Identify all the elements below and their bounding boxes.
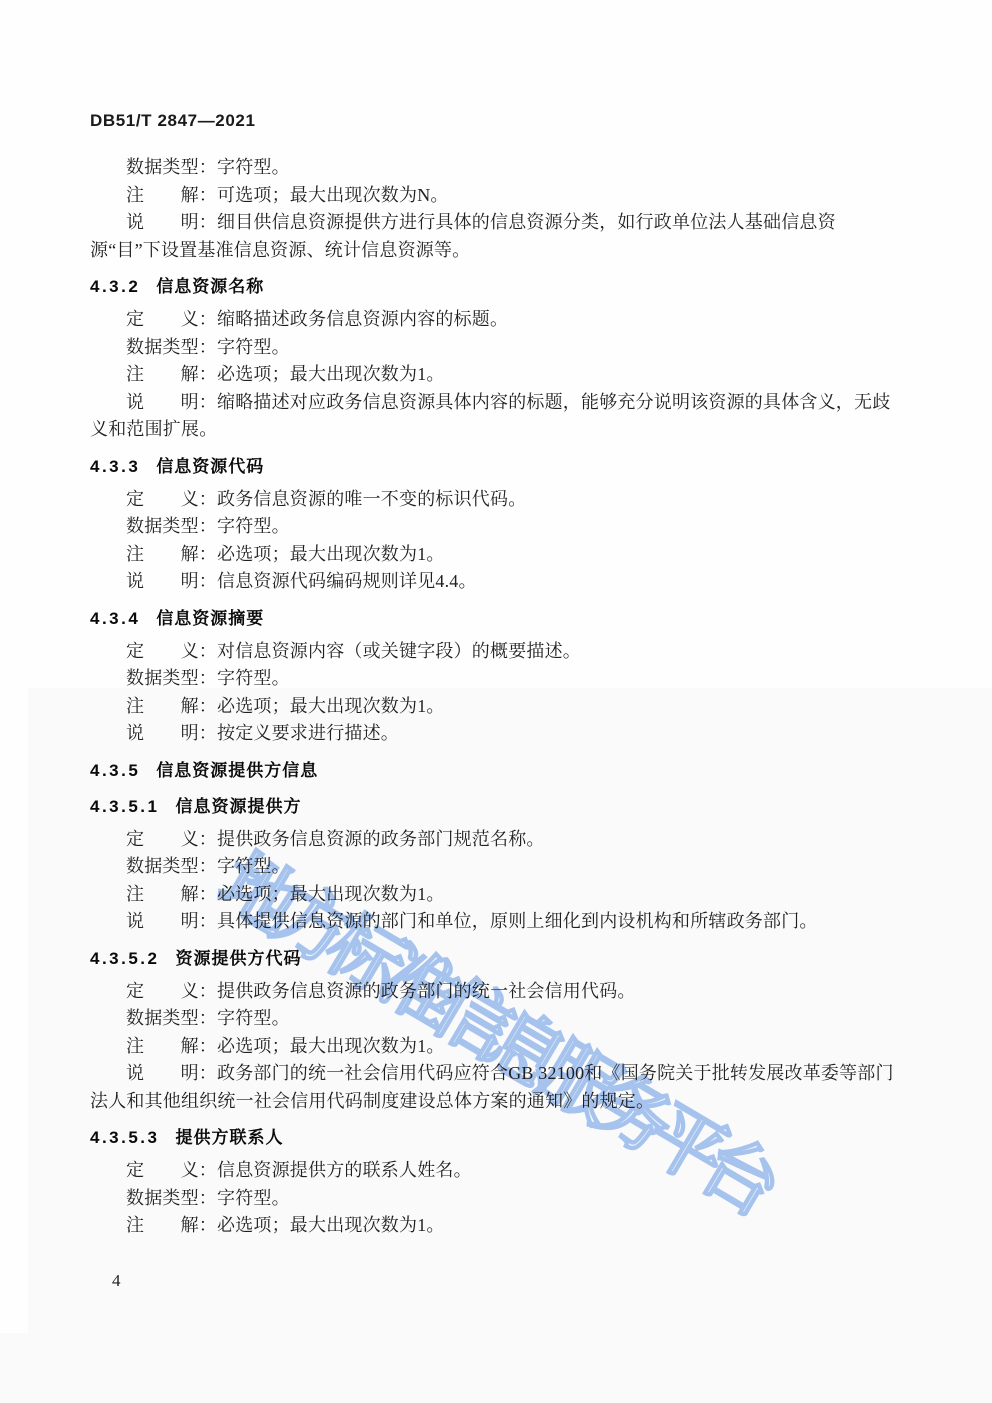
- description-line: 说 明：信息资源代码编码规则详见4.4。: [90, 568, 898, 596]
- document-code: DB51/T 2847—2021: [90, 110, 898, 132]
- data-type-line: 数据类型：字符型。: [90, 665, 898, 693]
- description-line: 说 明：缩略描述对应政务信息资源具体内容的标题，能够充分说明该资源的具体含义，无…: [90, 389, 898, 444]
- page-number: 4: [112, 1270, 898, 1292]
- section-4-3-2: 4.3.2信息资源名称 定 义：缩略描述政务信息资源内容的标题。 数据类型：字符…: [90, 273, 898, 444]
- note-line: 注 解：必选项；最大出现次数为1。: [90, 1212, 898, 1240]
- note-line: 注 解：必选项；最大出现次数为1。: [90, 693, 898, 721]
- section-4-3-3: 4.3.3信息资源代码 定 义：政务信息资源的唯一不变的标识代码。 数据类型：字…: [90, 453, 898, 596]
- section-heading: 4.3.3信息资源代码: [90, 453, 898, 480]
- section-title: 提供方联系人: [176, 1128, 284, 1147]
- note-line: 注 解：必选项；最大出现次数为1。: [90, 541, 898, 569]
- section-heading: 4.3.5.3提供方联系人: [90, 1124, 898, 1151]
- definition-line: 定 义：提供政务信息资源的政务部门的统一社会信用代码。: [90, 978, 898, 1006]
- data-type-line: 数据类型：字符型。: [90, 1005, 898, 1033]
- section-4-3-5-3: 4.3.5.3提供方联系人 定 义：信息资源提供方的联系人姓名。 数据类型：字符…: [90, 1124, 898, 1240]
- section-continued: 数据类型：字符型。 注 解：可选项；最大出现次数为N。 说 明：细目供信息资源提…: [90, 154, 898, 264]
- section-title: 信息资源提供方信息: [156, 761, 318, 780]
- section-title: 信息资源名称: [156, 277, 264, 296]
- section-number: 4.3.5.2: [90, 949, 160, 968]
- description-line: 说 明：政务部门的统一社会信用代码应符合GB 32100和《国务院关于批转发展改…: [90, 1060, 898, 1115]
- section-number: 4.3.5.1: [90, 797, 160, 816]
- note-line: 注 解：必选项；最大出现次数为1。: [90, 361, 898, 389]
- data-type-line: 数据类型：字符型。: [90, 334, 898, 362]
- data-type-line: 数据类型：字符型。: [90, 853, 898, 881]
- section-heading: 4.3.5.2资源提供方代码: [90, 945, 898, 972]
- section-number: 4.3.3: [90, 457, 140, 476]
- section-4-3-5: 4.3.5信息资源提供方信息: [90, 757, 898, 784]
- section-title: 资源提供方代码: [176, 949, 302, 968]
- section-title: 信息资源代码: [156, 457, 264, 476]
- section-4-3-5-2: 4.3.5.2资源提供方代码 定 义：提供政务信息资源的政务部门的统一社会信用代…: [90, 945, 898, 1116]
- section-title: 信息资源摘要: [156, 609, 264, 628]
- section-title: 信息资源提供方: [176, 797, 302, 816]
- data-type-line: 数据类型：字符型。: [90, 154, 898, 182]
- definition-line: 定 义：对信息资源内容（或关键字段）的概要描述。: [90, 638, 898, 666]
- description-line: 说 明：具体提供信息资源的部门和单位，原则上细化到内设机构和所辖政务部门。: [90, 908, 898, 936]
- scan-shade-bottom: [0, 1333, 992, 1403]
- data-type-line: 数据类型：字符型。: [90, 513, 898, 541]
- description-line: 说 明：按定义要求进行描述。: [90, 720, 898, 748]
- section-4-3-5-1: 4.3.5.1信息资源提供方 定 义：提供政务信息资源的政务部门规范名称。 数据…: [90, 793, 898, 936]
- note-line: 注 解：必选项；最大出现次数为1。: [90, 1033, 898, 1061]
- definition-line: 定 义：缩略描述政务信息资源内容的标题。: [90, 306, 898, 334]
- section-number: 4.3.5: [90, 761, 140, 780]
- definition-line: 定 义：信息资源提供方的联系人姓名。: [90, 1157, 898, 1185]
- page-content: DB51/T 2847—2021 数据类型：字符型。 注 解：可选项；最大出现次…: [90, 110, 898, 1292]
- note-line: 注 解：必选项；最大出现次数为1。: [90, 881, 898, 909]
- section-heading: 4.3.5信息资源提供方信息: [90, 757, 898, 784]
- description-line: 说 明：细目供信息资源提供方进行具体的信息资源分类，如行政单位法人基础信息资源“…: [90, 209, 898, 264]
- section-heading: 4.3.4信息资源摘要: [90, 605, 898, 632]
- note-line: 注 解：可选项；最大出现次数为N。: [90, 182, 898, 210]
- section-number: 4.3.4: [90, 609, 140, 628]
- section-number: 4.3.5.3: [90, 1128, 160, 1147]
- section-heading: 4.3.2信息资源名称: [90, 273, 898, 300]
- definition-line: 定 义：政务信息资源的唯一不变的标识代码。: [90, 486, 898, 514]
- definition-line: 定 义：提供政务信息资源的政务部门规范名称。: [90, 826, 898, 854]
- section-4-3-4: 4.3.4信息资源摘要 定 义：对信息资源内容（或关键字段）的概要描述。 数据类…: [90, 605, 898, 748]
- data-type-line: 数据类型：字符型。: [90, 1185, 898, 1213]
- section-number: 4.3.2: [90, 277, 140, 296]
- scanned-page: 地方标准信息服务平台 DB51/T 2847—2021 数据类型：字符型。 注 …: [0, 0, 992, 1403]
- section-heading: 4.3.5.1信息资源提供方: [90, 793, 898, 820]
